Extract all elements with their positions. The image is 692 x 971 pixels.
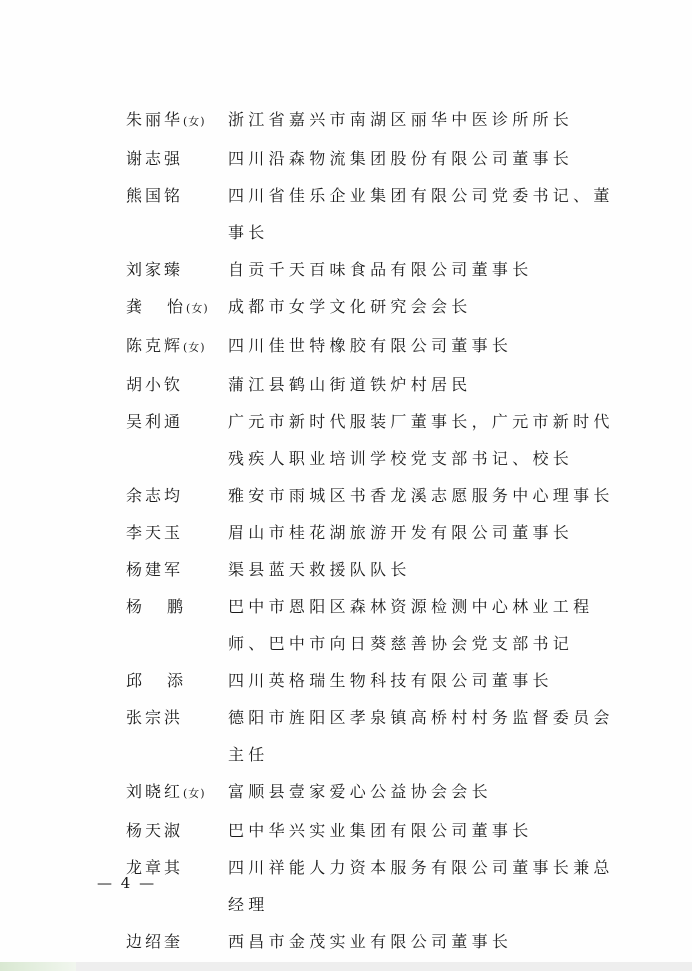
female-marker: (女) (183, 115, 206, 128)
person-name: 杨天淑 (126, 812, 228, 849)
person-name: 张宗洪 (126, 699, 228, 736)
person-title: 四川祥能人力资本服务有限公司董事长兼总经理 (228, 849, 626, 923)
name-part: 谢志强 (126, 149, 183, 168)
name-part: 添 (167, 671, 186, 690)
person-name: 刘家臻 (126, 251, 228, 288)
person-name: 杨鹏 (126, 588, 228, 625)
person-name: 陈克辉(女) (126, 327, 228, 366)
person-name: 熊国铭 (126, 177, 228, 214)
list-item: 谢志强四川沿森物流集团股份有限公司董事长 (126, 140, 626, 177)
list-item: 陈克辉(女)四川佳世特橡胶有限公司董事长 (126, 327, 626, 366)
name-part: 杨天淑 (126, 821, 183, 840)
name-part: 胡小钦 (126, 375, 183, 394)
person-title: 广元市新时代服装厂董事长，广元市新时代残疾人职业培训学校党支部书记、校长 (228, 403, 626, 477)
list-item: 刘晓红(女)富顺县壹家爱心公益协会会长 (126, 773, 626, 812)
name-part: 朱丽华 (126, 110, 183, 129)
list-item: 熊国铭四川省佳乐企业集团有限公司党委书记、董事长 (126, 177, 626, 251)
list-item: 朱丽华(女)浙江省嘉兴市南湖区丽华中医诊所所长 (126, 101, 626, 140)
list-item: 杨建军渠县蓝天救援队队长 (126, 551, 626, 588)
name-part: 李天玉 (126, 523, 183, 542)
list-item: 邱添四川英格瑞生物科技有限公司董事长 (126, 662, 626, 699)
person-title: 自贡千天百味食品有限公司董事长 (228, 251, 626, 288)
female-marker: (女) (186, 302, 209, 315)
name-part: 龚 (126, 297, 145, 316)
honoree-list: 朱丽华(女)浙江省嘉兴市南湖区丽华中医诊所所长谢志强四川沿森物流集团股份有限公司… (126, 101, 626, 960)
page-number: — 4 — (97, 874, 156, 892)
list-item: 吴利通广元市新时代服装厂董事长，广元市新时代残疾人职业培训学校党支部书记、校长 (126, 403, 626, 477)
person-title: 蒲江县鹤山街道铁炉村居民 (228, 366, 626, 403)
person-title: 四川省佳乐企业集团有限公司党委书记、董事长 (228, 177, 626, 251)
name-part: 刘家臻 (126, 260, 183, 279)
female-marker: (女) (183, 341, 206, 354)
person-name: 吴利通 (126, 403, 228, 440)
person-title: 浙江省嘉兴市南湖区丽华中医诊所所长 (228, 101, 626, 138)
viewer-bottom-accent (0, 962, 76, 971)
person-title: 巴中华兴实业集团有限公司董事长 (228, 812, 626, 849)
list-item: 杨天淑巴中华兴实业集团有限公司董事长 (126, 812, 626, 849)
person-name: 余志均 (126, 477, 228, 514)
person-title: 四川佳世特橡胶有限公司董事长 (228, 327, 626, 364)
list-item: 龚怡(女)成都市女学文化研究会会长 (126, 288, 626, 327)
name-part: 邱 (126, 671, 145, 690)
name-part: 陈克辉 (126, 336, 183, 355)
person-title: 四川英格瑞生物科技有限公司董事长 (228, 662, 626, 699)
name-part: 余志均 (126, 486, 183, 505)
person-name: 边绍奎 (126, 923, 228, 960)
person-name: 杨建军 (126, 551, 228, 588)
list-item: 杨鹏巴中市恩阳区森林资源检测中心林业工程师、巴中市向日葵慈善协会党支部书记 (126, 588, 626, 662)
person-title: 雅安市雨城区书香龙溪志愿服务中心理事长 (228, 477, 626, 514)
name-part: 鹏 (167, 597, 186, 616)
name-part: 张宗洪 (126, 708, 183, 727)
document-page: 朱丽华(女)浙江省嘉兴市南湖区丽华中医诊所所长谢志强四川沿森物流集团股份有限公司… (0, 0, 692, 962)
person-name: 朱丽华(女) (126, 101, 228, 140)
person-name: 谢志强 (126, 140, 228, 177)
female-marker: (女) (183, 787, 206, 800)
name-part: 边绍奎 (126, 932, 183, 951)
person-name: 邱添 (126, 662, 228, 699)
person-title: 四川沿森物流集团股份有限公司董事长 (228, 140, 626, 177)
name-part: 熊国铭 (126, 186, 183, 205)
person-name: 刘晓红(女) (126, 773, 228, 812)
list-item: 刘家臻自贡千天百味食品有限公司董事长 (126, 251, 626, 288)
person-title: 眉山市桂花湖旅游开发有限公司董事长 (228, 514, 626, 551)
list-item: 边绍奎西昌市金茂实业有限公司董事长 (126, 923, 626, 960)
name-part: 刘晓红 (126, 782, 183, 801)
name-part: 吴利通 (126, 412, 183, 431)
person-name: 李天玉 (126, 514, 228, 551)
name-part: 怡 (167, 297, 186, 316)
person-title: 德阳市旌阳区孝泉镇高桥村村务监督委员会主任 (228, 699, 626, 773)
person-name: 龚怡(女) (126, 288, 228, 327)
list-item: 李天玉眉山市桂花湖旅游开发有限公司董事长 (126, 514, 626, 551)
list-item: 张宗洪德阳市旌阳区孝泉镇高桥村村务监督委员会主任 (126, 699, 626, 773)
person-title: 成都市女学文化研究会会长 (228, 288, 626, 325)
person-title: 西昌市金茂实业有限公司董事长 (228, 923, 626, 960)
list-item: 龙章其四川祥能人力资本服务有限公司董事长兼总经理 (126, 849, 626, 923)
person-title: 渠县蓝天救援队队长 (228, 551, 626, 588)
person-title: 富顺县壹家爱心公益协会会长 (228, 773, 626, 810)
name-part: 杨建军 (126, 560, 183, 579)
list-item: 胡小钦蒲江县鹤山街道铁炉村居民 (126, 366, 626, 403)
person-name: 胡小钦 (126, 366, 228, 403)
viewer-bottom-bar (0, 962, 692, 971)
name-part: 杨 (126, 597, 145, 616)
person-title: 巴中市恩阳区森林资源检测中心林业工程师、巴中市向日葵慈善协会党支部书记 (228, 588, 626, 662)
list-item: 余志均雅安市雨城区书香龙溪志愿服务中心理事长 (126, 477, 626, 514)
